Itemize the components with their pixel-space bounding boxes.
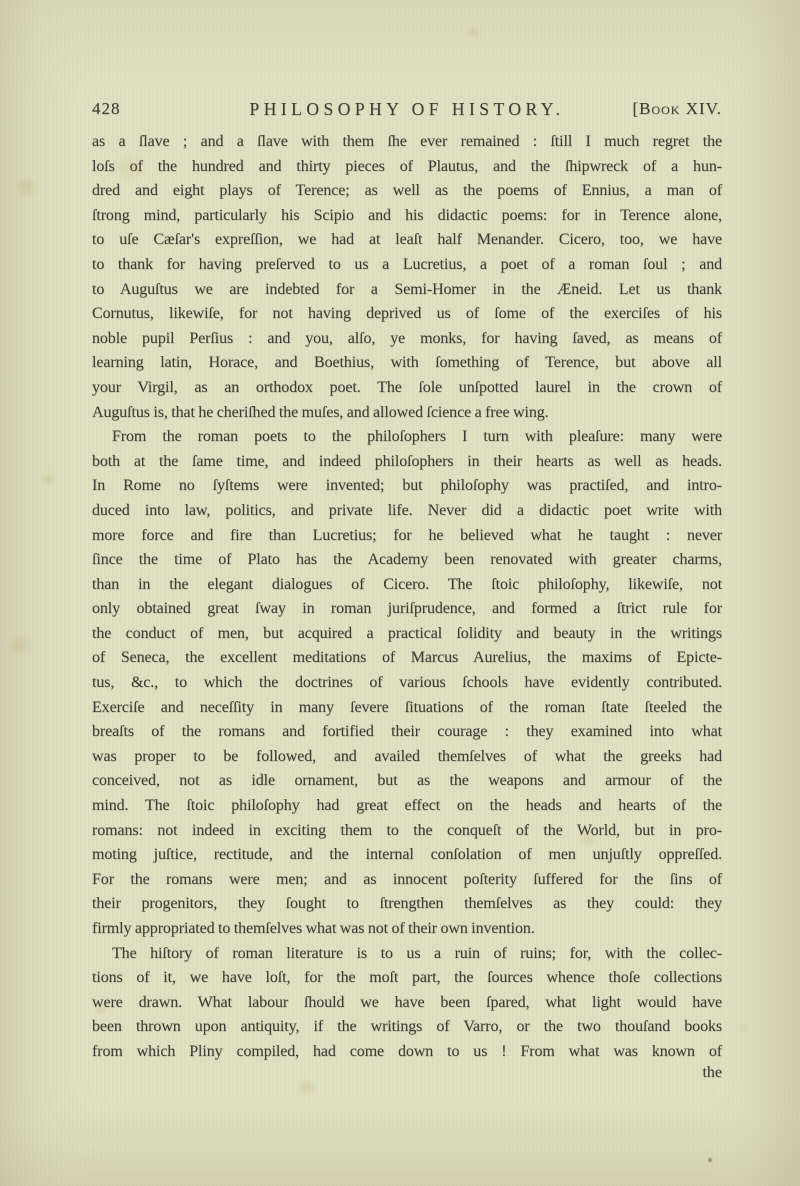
text-line: moting juſtice, rectitude, and the inter…	[92, 843, 722, 868]
text-line: ſince the time of Plato has the Academy …	[92, 548, 722, 573]
text-line: Auguſtus is, that he cheriſhed the muſes…	[92, 401, 722, 426]
text-line: conceived, not as idle ornament, but as …	[92, 769, 722, 794]
text-line: their progenitors, they ſought to ſtreng…	[92, 892, 722, 917]
text-line: tus, &c., to which the doctrines of vari…	[92, 671, 722, 696]
text-line: learning latin, Horace, and Boethius, wi…	[92, 351, 722, 376]
text-line: Exerciſe and neceſſity in many ſevere ſi…	[92, 696, 722, 721]
text-line: your Virgil, as an orthodox poet. The ſo…	[92, 376, 722, 401]
text-line: to Auguſtus we are indebted for a Semi-H…	[92, 278, 722, 303]
text-line: more force and fire than Lucretius; for …	[92, 524, 722, 549]
page-number: 428	[92, 99, 121, 119]
foxing-spot	[42, 474, 54, 484]
text-line: loſs of the hundred and thirty pieces of…	[92, 155, 722, 180]
text-line: romans: not indeed in exciting them to t…	[92, 819, 722, 844]
text-line: from which Pliny compiled, had come down…	[92, 1040, 722, 1065]
foxing-spot	[10, 638, 28, 653]
foxing-spot	[468, 28, 479, 37]
foxing-spot	[300, 1082, 314, 1093]
text-line: In Rome no ſyſtems were invented; but ph…	[92, 474, 722, 499]
foxing-spot	[740, 1024, 748, 1031]
text-line: breaſts of the romans and fortified thei…	[92, 720, 722, 745]
text-line: only obtained great ſway in roman juriſp…	[92, 597, 722, 622]
text-line: to uſe Cæſar's expreſſion, we had at lea…	[92, 228, 722, 253]
text-line: been thrown upon antiquity, if the writi…	[92, 1015, 722, 1040]
text-line: duced into law, politics, and private li…	[92, 499, 722, 524]
paragraph: The hiſtory of roman literature is to us…	[92, 942, 722, 1065]
text-line: mind. The ſtoic philoſophy had great eff…	[92, 794, 722, 819]
text-line: For the romans were men; and as innocent…	[92, 868, 722, 893]
text-line: the conduct of men, but acquired a pract…	[92, 622, 722, 647]
text-line: Cornutus, likewiſe, for not having depri…	[92, 302, 722, 327]
book-label: [Book XIV.	[632, 99, 722, 119]
text-line: noble pupil Perſius : and you, alſo, ye …	[92, 327, 722, 352]
text-line: of Seneca, the excellent meditations of …	[92, 646, 722, 671]
text-line: tions of it, we have loſt, for the moſt …	[92, 966, 722, 991]
text-line: both at the ſame time, and indeed philoſ…	[92, 450, 722, 475]
text-line: From the roman poets to the philoſophers…	[92, 425, 722, 450]
text-line: ſtrong mind, particularly his Scipio and…	[92, 204, 722, 229]
text-line: as a ſlave ; and a ſlave with them ſhe e…	[92, 130, 722, 155]
page-header: 428 PHILOSOPHY OF HISTORY. [Book XIV.	[92, 99, 722, 121]
paragraph: as a ſlave ; and a ſlave with them ſhe e…	[92, 130, 722, 425]
catchword: the	[702, 1064, 722, 1082]
text-block: as a ſlave ; and a ſlave with them ſhe e…	[92, 130, 722, 1065]
text-line: The hiſtory of roman literature is to us…	[92, 942, 722, 967]
text-line: firmly appropriated to themſelves what w…	[92, 917, 722, 942]
text-line: was proper to be followed, and availed t…	[92, 745, 722, 770]
paragraph: From the roman poets to the philoſophers…	[92, 425, 722, 941]
foxing-spot	[18, 180, 34, 194]
running-title: PHILOSOPHY OF HISTORY.	[249, 99, 564, 120]
text-line: to thank for having preſerved to us a Lu…	[92, 253, 722, 278]
book-page: 428 PHILOSOPHY OF HISTORY. [Book XIV. as…	[0, 0, 800, 1186]
ink-speck	[708, 1158, 712, 1162]
text-line: than in the elegant dialogues of Cicero.…	[92, 573, 722, 598]
text-line: were drawn. What labour ſhould we have b…	[92, 991, 722, 1016]
text-line: dred and eight plays of Terence; as well…	[92, 179, 722, 204]
